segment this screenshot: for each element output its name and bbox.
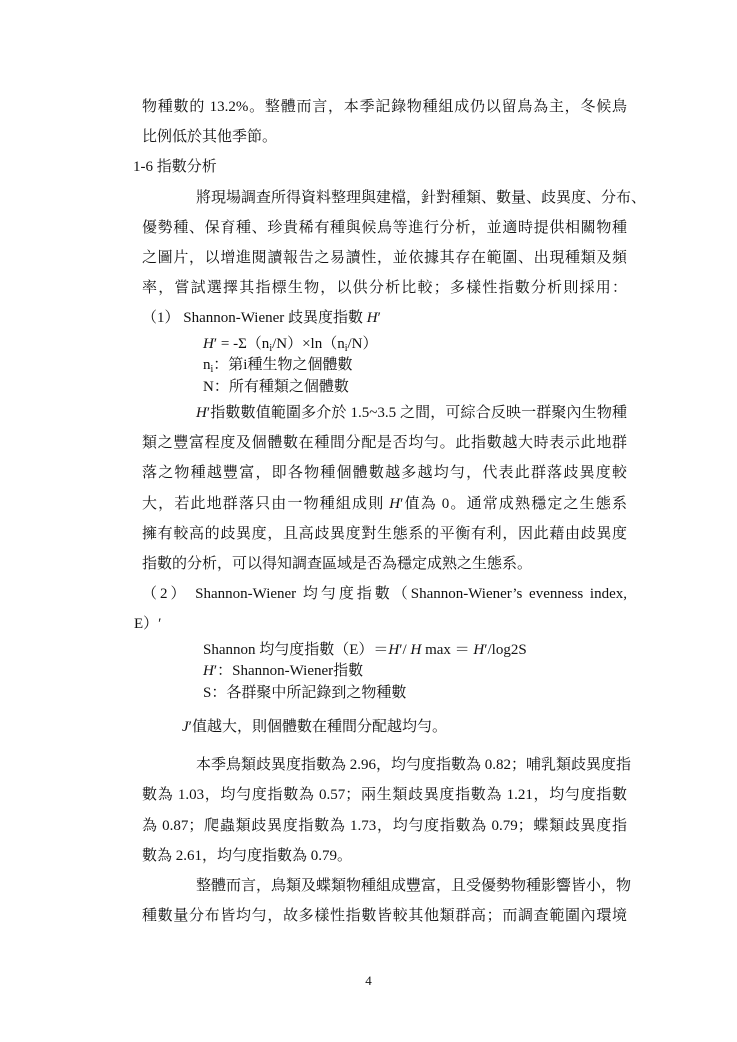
- text-line: 擁有較高的歧異度，且高歧異度對生態系的平衡有利，因此藉由歧異度: [142, 519, 627, 549]
- section-heading-1-6: 1-6 指數分析: [133, 152, 737, 182]
- page-number: 4: [0, 972, 737, 990]
- text-line: 數為 2.61，均勻度指數為 0.79。: [142, 841, 737, 871]
- text-line: 大，若此地群落只由一物種組成則 H′值為 0。通常成熟穩定之生態系: [142, 489, 627, 519]
- document-content: 物種數的 13.2%。整體而言，本季記錄物種組成仍以留鳥為主，冬候鳥 比例低於其…: [0, 92, 737, 931]
- list-item-2-label-continued: E）′: [134, 609, 737, 639]
- text-line: 指數的分析，可以得知調查區域是否為穩定成熟之生態系。: [142, 549, 737, 579]
- text-line: 比例低於其他季節。: [142, 122, 737, 152]
- text-line: 數為 1.03，均勻度指數為 0.57；兩生類歧異度指數為 1.21，均勻度指數: [142, 780, 627, 810]
- formula-term-s: S：各群聚中所記錄到之物種數: [203, 683, 737, 705]
- formula-shannon-evenness: Shannon 均勻度指數（E）＝H′/ H max ＝ H′/log2S: [203, 640, 737, 662]
- text-line: 落之物種越豐富，即各物種個體數越多越均勻，代表此群落歧異度較: [142, 458, 627, 488]
- list-item-2-label: （2） Shannon-Wiener 均勻度指數（Shannon-Wiener’…: [142, 579, 627, 609]
- text-line: 率，嘗試選擇其指標生物，以供分析比較；多樣性指數分析則採用：: [142, 273, 627, 303]
- document-page: 物種數的 13.2%。整體而言，本季記錄物種組成仍以留鳥為主，冬候鳥 比例低於其…: [0, 0, 737, 1042]
- text-line: 種數量分布皆均勻，故多樣性指數皆較其他類群高；而調查範圍內環境: [142, 901, 627, 931]
- text-line: 優勢種、保育種、珍貴稀有種與候鳥等進行分析，並適時提供相關物種: [142, 213, 627, 243]
- text-line: 將現場調查所得資料整理與建檔，針對種類、數量、歧異度、分布、: [196, 183, 627, 213]
- text-line: 本季鳥類歧異度指數為 2.96，均勻度指數為 0.82；哺乳類歧異度指: [196, 750, 627, 780]
- formula-note-j: J′值越大，則個體數在種間分配越均勻。: [182, 712, 737, 742]
- formula-term-h: H′：Shannon-Wiener指數: [203, 661, 737, 683]
- text-line: 物種數的 13.2%。整體而言，本季記錄物種組成仍以留鳥為主，冬候鳥: [142, 92, 627, 122]
- text-line: 類之豐富程度及個體數在種間分配是否均勻。此指數越大時表示此地群: [142, 428, 627, 458]
- text-line: 為 0.87；爬蟲類歧異度指數為 1.73，均勻度指數為 0.79；蝶類歧異度指: [142, 811, 627, 841]
- text-line: 之圖片，以增進閱讀報告之易讀性，並依據其存在範圍、出現種類及頻: [142, 243, 627, 273]
- list-item-1-label: （1） Shannon-Wiener 歧異度指數 H′: [142, 303, 737, 333]
- formula-term-n: N：所有種類之個體數: [203, 377, 737, 399]
- formula-term-ni: ni：第i種生物之個體數: [203, 355, 737, 377]
- text-line: 整體而言，鳥類及蝶類物種組成豐富，且受優勢物種影響皆小，物: [196, 871, 627, 901]
- text-line: H′指數數值範圍多介於 1.5~3.5 之間，可綜合反映一群聚內生物種: [196, 398, 627, 428]
- formula-shannon-diversity: H′ = -Σ（ni/N）×ln（ni/N）: [203, 334, 737, 356]
